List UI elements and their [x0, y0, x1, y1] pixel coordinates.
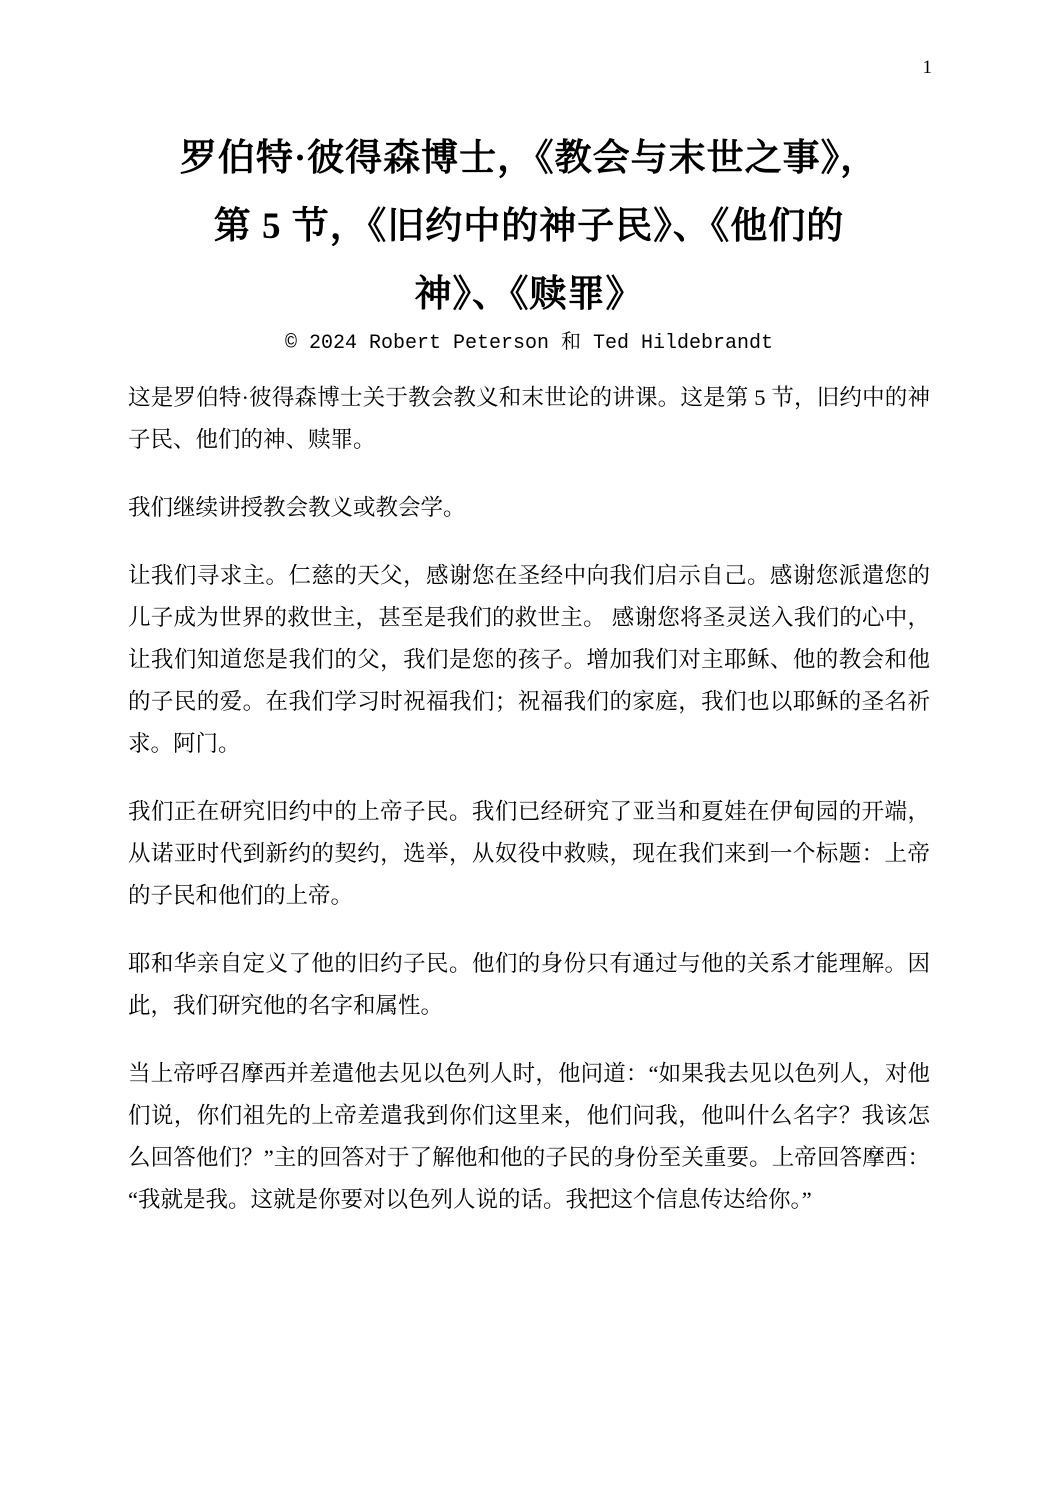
- title-line-3: 神》、《赎罪》: [0, 261, 1058, 329]
- paragraph-continue-teaching: 我们继续讲授教会教义或教会学。: [128, 487, 930, 529]
- title-line-2: 第 5 节，《旧约中的神子民》、《他们的: [0, 193, 1058, 261]
- paragraph-study-overview: 我们正在研究旧约中的上帝子民。我们已经研究了亚当和夏娃在伊甸园的开端，从诺亚时代…: [128, 791, 930, 917]
- paragraph-yahweh-defines: 耶和华亲自定义了他的旧约子民。他们的身份只有通过与他的关系才能理解。因此，我们研…: [128, 943, 930, 1027]
- title-line-1: 罗伯特·彼得森博士，《教会与末世之事》，: [0, 125, 1058, 193]
- document-body: 这是罗伯特·彼得森博士关于教会教义和末世论的讲课。这是第 5 节，旧约中的神子民…: [128, 377, 930, 1221]
- document-page: 1 罗伯特·彼得森博士，《教会与末世之事》， 第 5 节，《旧约中的神子民》、《…: [0, 0, 1058, 1497]
- paragraph-prayer: 让我们寻求主。仁慈的天父，感谢您在圣经中向我们启示自己。感谢您派遣您的儿子成为世…: [128, 555, 930, 765]
- document-title: 罗伯特·彼得森博士，《教会与末世之事》， 第 5 节，《旧约中的神子民》、《他们…: [0, 0, 1058, 329]
- page-number: 1: [923, 57, 933, 80]
- copyright-line: © 2024 Robert Peterson 和 Ted Hildebrandt: [0, 329, 1058, 359]
- paragraph-intro: 这是罗伯特·彼得森博士关于教会教义和末世论的讲课。这是第 5 节，旧约中的神子民…: [128, 377, 930, 461]
- paragraph-moses-calling: 当上帝呼召摩西并差遣他去见以色列人时，他问道：“如果我去见以色列人，对他们说，你…: [128, 1053, 930, 1221]
